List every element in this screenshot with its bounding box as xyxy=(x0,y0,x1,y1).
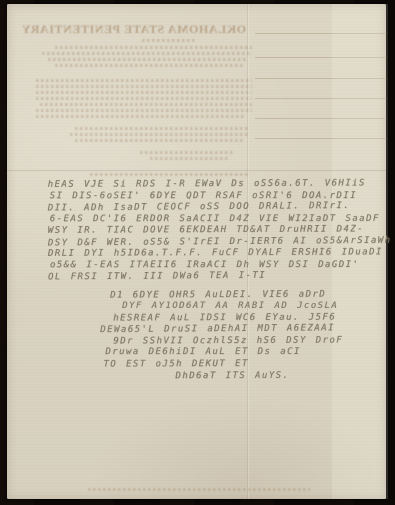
scanner-mat-background: OKLAHOMA STATE PENITENTIARY xyxy=(0,0,395,505)
bleedthrough-text-line xyxy=(140,151,235,154)
handwriting-line: DEWa65'L DruSI aDEhAI MDT A6EZAAI xyxy=(100,323,383,337)
letter-page: OKLAHOMA STATE PENITENTIARY xyxy=(7,4,386,499)
handwriting-line: 9Dr SShVII OczhlS5z hS6 DSY DroF xyxy=(113,335,383,348)
bleedthrough-text-line xyxy=(142,39,197,42)
handwriting-line: 6-EAS DC'I6 ERDOR SaACII D4Z VIE WI2IaDT… xyxy=(50,213,385,225)
horizontal-crease xyxy=(7,170,386,171)
handwriting-line: DII. ADh IsaDT CEOCF oSS DOO DRALI. DRIr… xyxy=(48,201,383,215)
bleedthrough-text-line xyxy=(150,157,230,160)
handwriting-line: hEAS VJE Si RDS I-R EWaV Ds oSS6a.6T. V6… xyxy=(48,178,383,191)
bleedthrough-text-line xyxy=(36,79,252,82)
handwritten-letter-body: hEAS VJE Si RDS I-R EWaV Ds oSS6a.6T. V6… xyxy=(48,178,384,383)
bleedthrough-text-line xyxy=(90,173,250,176)
bleedthrough-text-line xyxy=(75,127,250,130)
bleedthrough-text-line xyxy=(70,133,250,136)
bleedthrough-text-line xyxy=(36,109,252,112)
letter-paragraph-2: D1 6DYE OHR5 AuLDEI. VIE6 aDrD DYF AY1OD… xyxy=(48,289,383,371)
handwriting-line: DYF AY1OD6AT AA RABI AD JcoSLA xyxy=(122,301,383,313)
bleedthrough-text-line xyxy=(42,52,250,55)
handwriting-line: DSY D&F WER. oS5& S'IrEI Dr-IERT6 AI oS5… xyxy=(48,235,383,249)
bleedthrough-text-line xyxy=(36,91,252,94)
bleedthrough-text-line xyxy=(36,97,252,100)
bleedthrough-text-line xyxy=(36,115,246,118)
handwriting-line: Druwa DE6hiDI AuL ET Ds aCI xyxy=(105,347,383,359)
bleedthrough-text-line xyxy=(75,139,245,142)
handwriting-line: TO EST oJ5h DEKUT ET xyxy=(103,358,383,371)
letter-paragraph-1: hEAS VJE Si RDS I-R EWaV Ds oSS6a.6T. V6… xyxy=(48,178,383,283)
handwriting-line: D1 6DYE OHR5 AuLDEI. VIE6 aDrD xyxy=(110,289,383,302)
bleedthrough-letterhead-text: OKLAHOMA STATE PENITENTIARY xyxy=(38,22,246,36)
signature-line: DhD6aT ITS AuYS. xyxy=(175,370,383,382)
bleedthrough-footer-line xyxy=(88,488,310,491)
bleedthrough-text-line xyxy=(36,85,252,88)
handwriting-line: OL FRSI ITW. III DWa6 TEA I-TI xyxy=(48,270,383,284)
bleedthrough-text-line xyxy=(55,46,252,49)
bleedthrough-text-line xyxy=(40,103,252,106)
bleedthrough-text-line xyxy=(55,64,245,67)
bleedthrough-text-line xyxy=(48,58,248,61)
